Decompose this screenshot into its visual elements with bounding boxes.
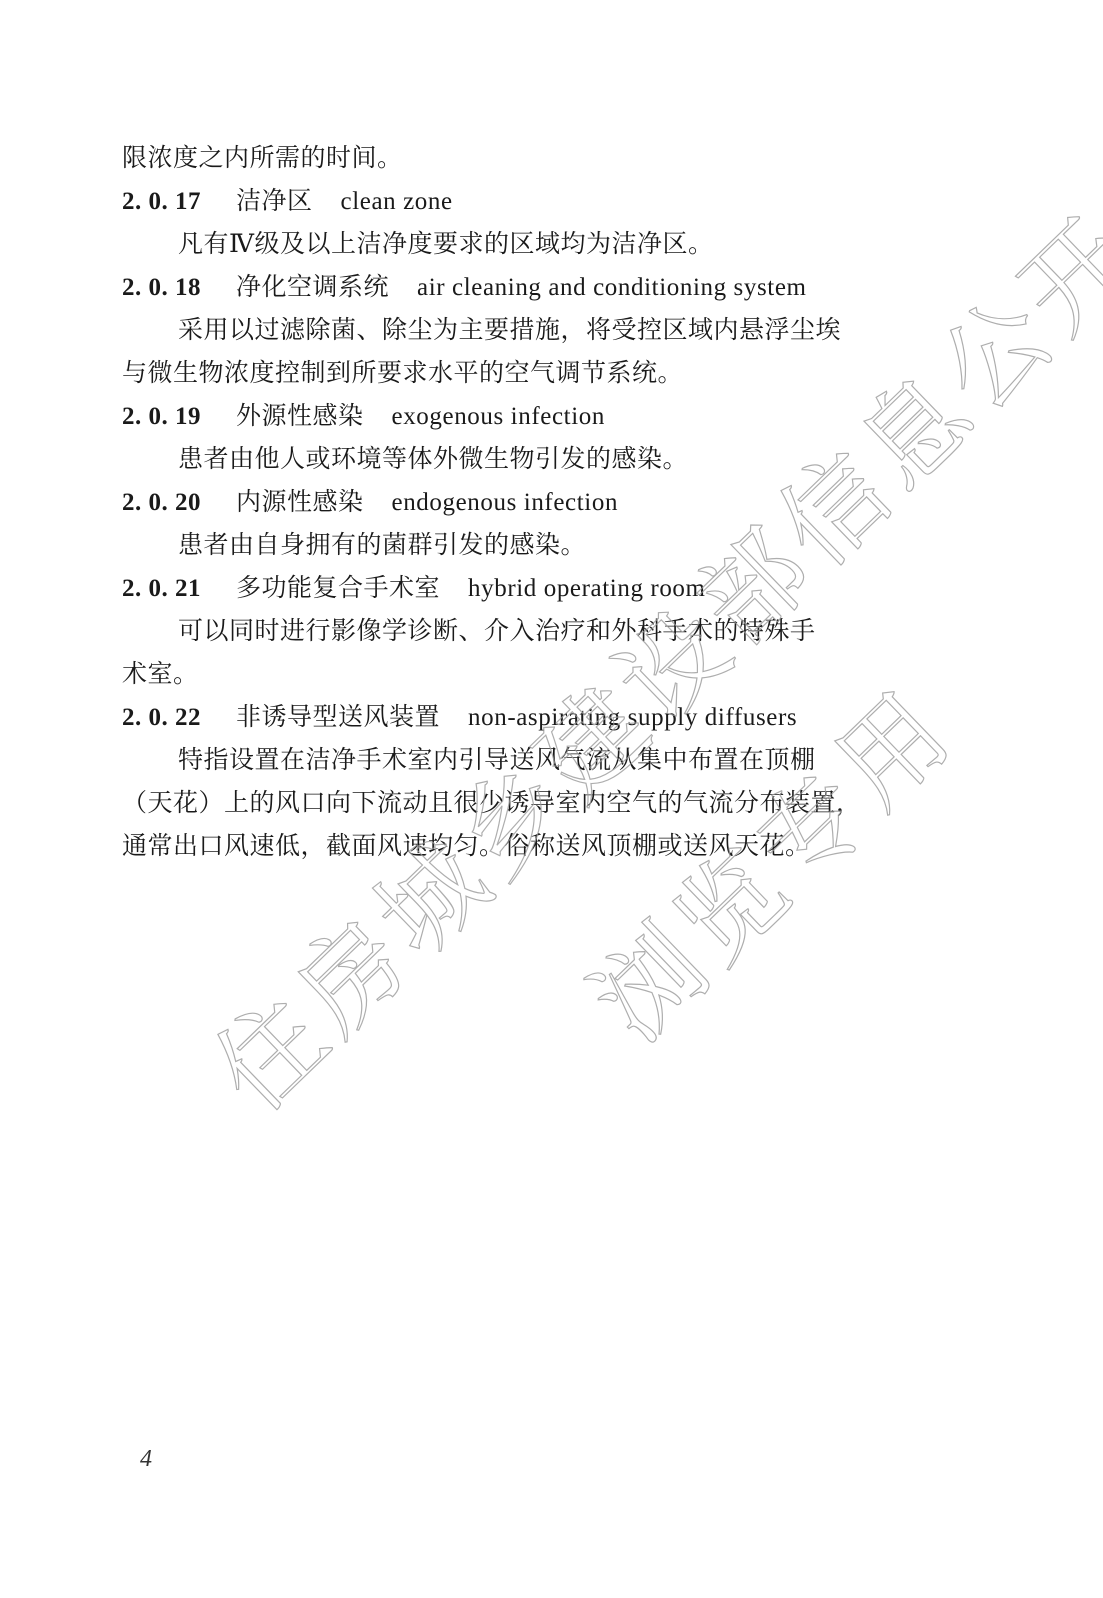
term-number: 2. 0. 22 xyxy=(122,696,236,739)
term-chinese: 多功能复合手术室 xyxy=(236,566,440,609)
term-definition: 可以同时进行影像学诊断、介入治疗和外科手术的特殊手 xyxy=(122,609,922,652)
page-number: 4 xyxy=(140,1446,152,1473)
term-definition: 与微生物浓度控制到所要求水平的空气调节系统。 xyxy=(122,351,922,394)
term-heading: 2. 0. 21多功能复合手术室hybrid operating room xyxy=(122,566,922,609)
term-english: air cleaning and conditioning system xyxy=(417,274,807,301)
term-definition: 患者由他人或环境等体外微生物引发的感染。 xyxy=(122,437,922,480)
term-heading: 2. 0. 20内源性感染endogenous infection xyxy=(122,480,922,523)
term-definition: 患者由自身拥有的菌群引发的感染。 xyxy=(122,523,922,566)
term-chinese: 洁净区 xyxy=(236,179,313,222)
term-english: endogenous infection xyxy=(392,489,619,516)
term-number: 2. 0. 19 xyxy=(122,395,236,438)
continuation-text: 限浓度之内所需的时间。 xyxy=(122,136,922,179)
term-heading: 2. 0. 19外源性感染exogenous infection xyxy=(122,394,922,437)
term-definition: 术室。 xyxy=(122,652,922,695)
document-page: 限浓度之内所需的时间。 2. 0. 17洁净区clean zone 凡有Ⅳ级及以… xyxy=(0,0,1103,1598)
term-chinese: 净化空调系统 xyxy=(236,265,389,308)
term-english: clean zone xyxy=(341,188,453,215)
term-number: 2. 0. 20 xyxy=(122,481,236,524)
term-definition: 凡有Ⅳ级及以上洁净度要求的区域均为洁净区。 xyxy=(122,222,922,265)
term-heading: 2. 0. 18净化空调系统air cleaning and condition… xyxy=(122,265,922,308)
term-chinese: 非诱导型送风装置 xyxy=(236,695,440,738)
term-chinese: 外源性感染 xyxy=(236,394,364,437)
term-chinese: 内源性感染 xyxy=(236,480,364,523)
term-definition: 采用以过滤除菌、除尘为主要措施，将受控区域内悬浮尘埃 xyxy=(122,308,922,351)
document-body: 限浓度之内所需的时间。 2. 0. 17洁净区clean zone 凡有Ⅳ级及以… xyxy=(122,136,922,867)
term-definition: （天花）上的风口向下流动且很少诱导室内空气的气流分布装置， xyxy=(122,781,922,824)
term-english: non-aspirating supply diffusers xyxy=(468,704,797,731)
term-definition: 特指设置在洁净手术室内引导送风气流从集中布置在顶棚 xyxy=(122,738,922,781)
term-number: 2. 0. 18 xyxy=(122,266,236,309)
term-heading: 2. 0. 17洁净区clean zone xyxy=(122,179,922,222)
term-number: 2. 0. 17 xyxy=(122,180,236,223)
term-english: exogenous infection xyxy=(392,403,605,430)
term-english: hybrid operating room xyxy=(468,575,706,602)
term-number: 2. 0. 21 xyxy=(122,567,236,610)
term-definition: 通常出口风速低，截面风速均匀。俗称送风顶棚或送风天花。 xyxy=(122,824,922,867)
term-heading: 2. 0. 22非诱导型送风装置non-aspirating supply di… xyxy=(122,695,922,738)
